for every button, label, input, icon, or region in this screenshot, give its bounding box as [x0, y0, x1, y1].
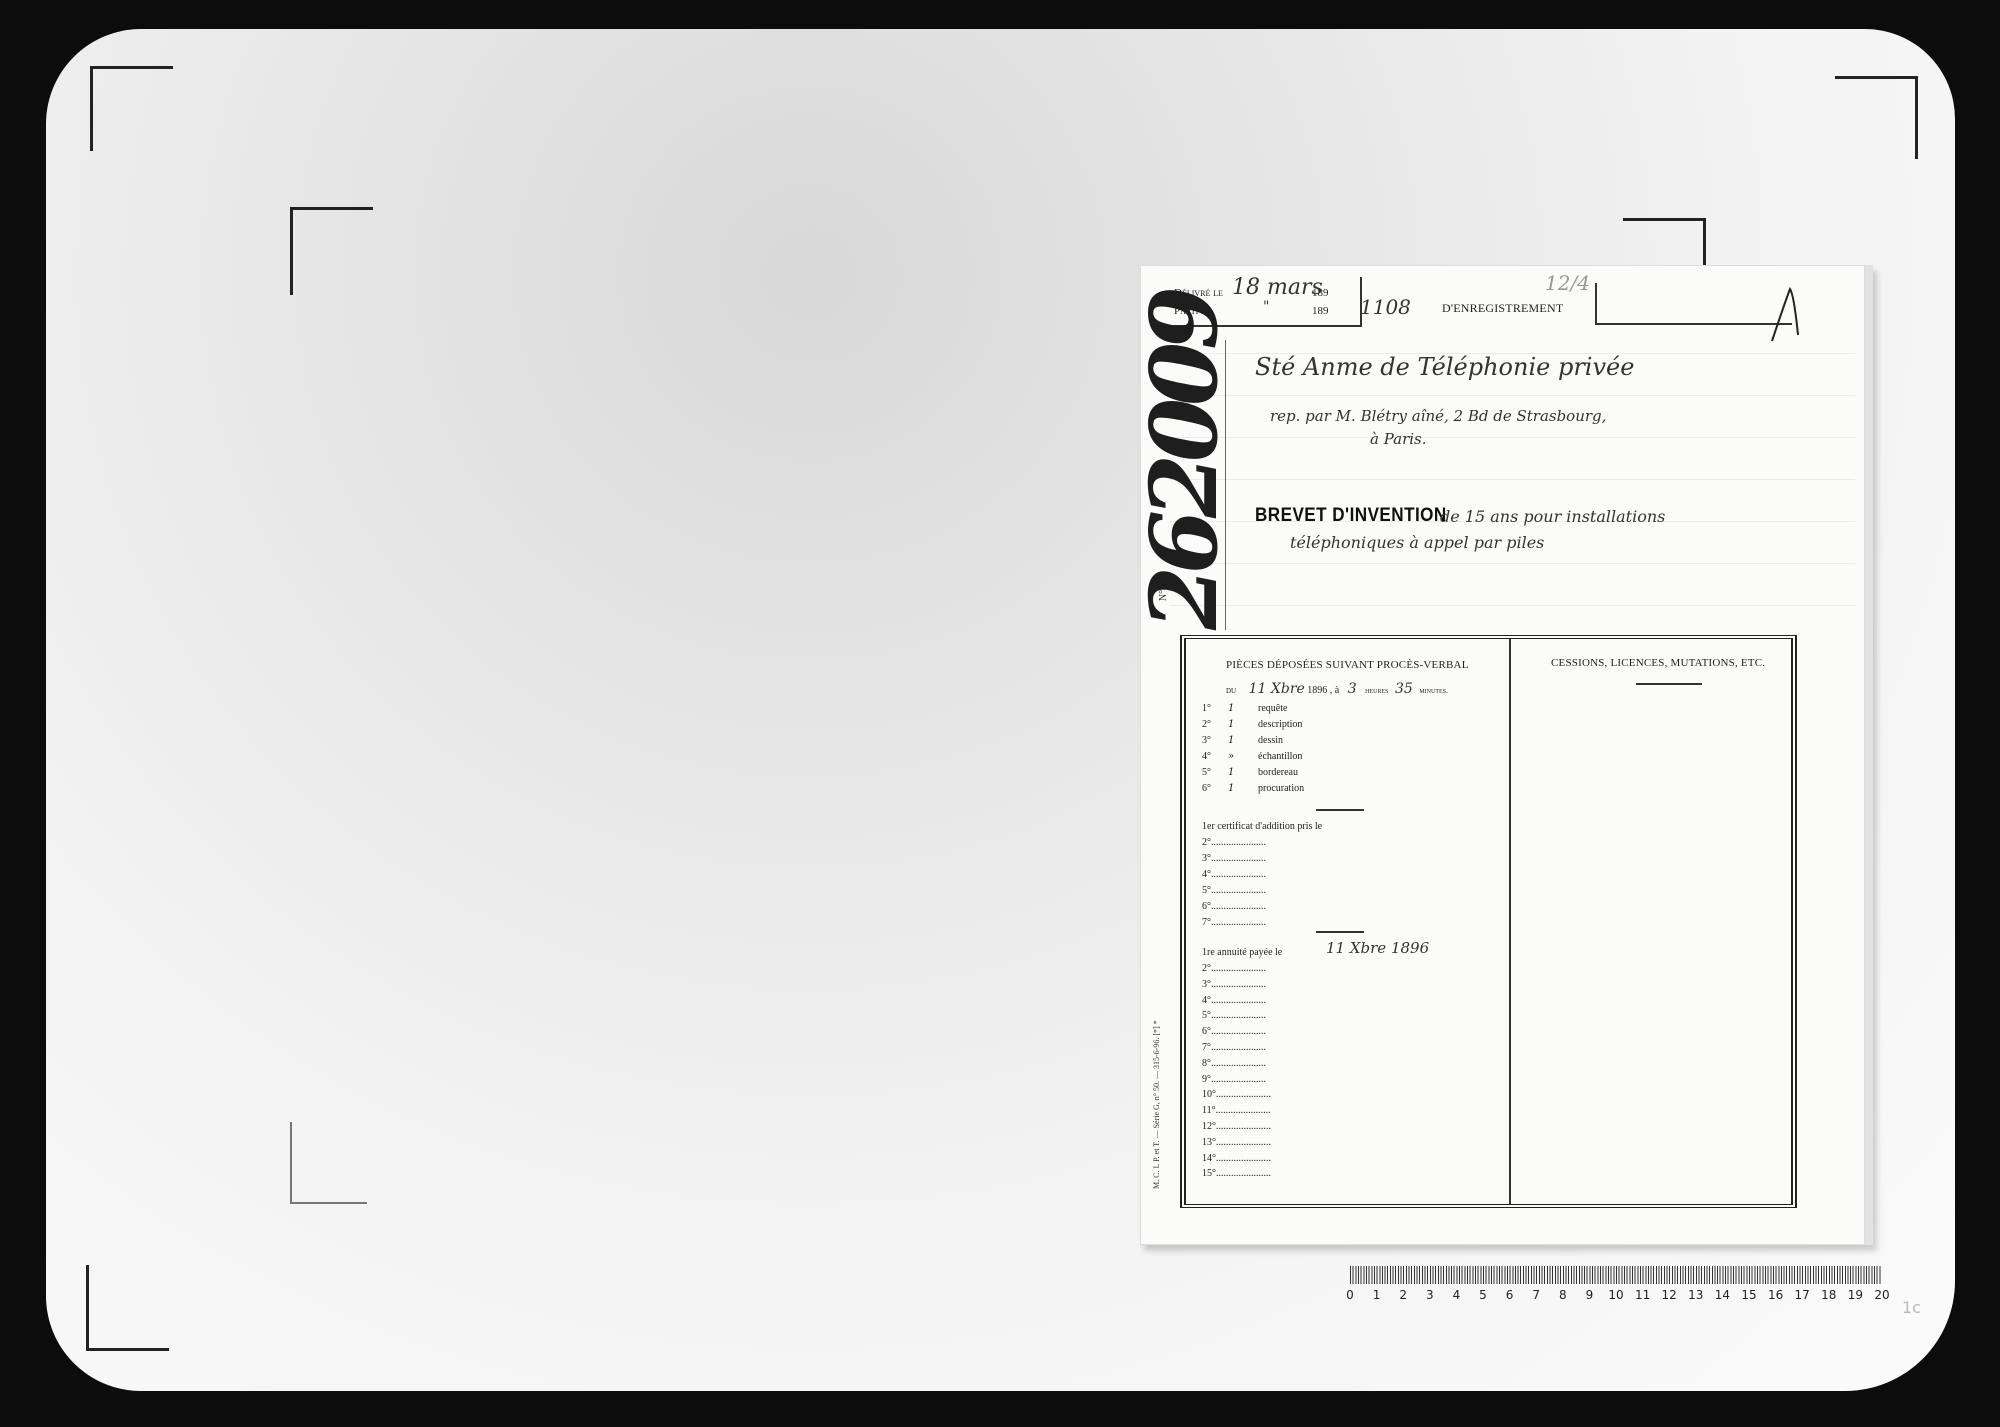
ruler-label: 1 — [1373, 1288, 1381, 1302]
pencil-stroke-mark — [1770, 285, 1810, 345]
piece-label: échantillon — [1258, 751, 1302, 762]
annuity-row: 7°...................... — [1202, 1042, 1266, 1053]
ruler-label: 19 — [1848, 1288, 1863, 1302]
title-handwritten-2: téléphoniques à appel par piles — [1290, 533, 1544, 552]
piece-count: 1 — [1228, 719, 1258, 730]
piece-count: 1 — [1228, 703, 1258, 714]
scan-tag: 1c — [1902, 1298, 1921, 1317]
annuity-row: 2°...................... — [1202, 963, 1266, 974]
certificate-row: 4°...................... — [1202, 869, 1266, 880]
annuity-first-value: 11 Xbre 1896 — [1326, 939, 1429, 957]
departed-year: 189 — [1312, 305, 1329, 317]
piece-number: 3° — [1202, 735, 1228, 746]
departed-value: " — [1263, 299, 1269, 315]
registration-box — [1595, 283, 1792, 325]
piece-count: 1 — [1228, 735, 1258, 746]
separator — [1636, 683, 1702, 685]
ruler-label: 6 — [1506, 1288, 1514, 1302]
piece-row: 3°1dessin — [1202, 735, 1283, 746]
separator — [1316, 931, 1364, 933]
patent-record-page: Délivré le 18 mars 189 Parti le " 189 11… — [1140, 265, 1873, 1245]
title-handwritten-1: de 15 ans pour installations — [1440, 507, 1665, 526]
record-table: M. C. I. P. et T. — Série G, n° 50. — 31… — [1180, 635, 1797, 1208]
ruler-label: 18 — [1821, 1288, 1836, 1302]
annuity-row: 9°...................... — [1202, 1074, 1266, 1085]
certificate-row: 3°...................... — [1202, 853, 1266, 864]
piece-row: 4°»échantillon — [1202, 751, 1302, 762]
certificate-row: 5°...................... — [1202, 885, 1266, 896]
certificate-row: 7°...................... — [1202, 917, 1266, 928]
ruler-ticks — [1350, 1266, 1882, 1284]
annuity-row: 6°...................... — [1202, 1026, 1266, 1037]
annuity-row: 14°...................... — [1202, 1153, 1271, 1164]
piece-count: 1 — [1228, 783, 1258, 794]
piece-count: 1 — [1228, 767, 1258, 778]
crop-mark-top-left-inner — [290, 207, 373, 295]
pencil-note: 12/4 — [1545, 271, 1590, 295]
certificate-row: 6°...................... — [1202, 901, 1266, 912]
deposit-minutes: 35 — [1395, 681, 1413, 697]
piece-row: 1°1requête — [1202, 703, 1287, 714]
certificate-first: 1er certificat d'addition pris le — [1202, 821, 1322, 832]
registration-label: D'ENREGISTREMENT — [1442, 301, 1563, 316]
piece-row: 6°1procuration — [1202, 783, 1304, 794]
annuity-row: 11°...................... — [1202, 1105, 1271, 1116]
piece-count: » — [1228, 751, 1258, 762]
measurement-ruler: 01234567891011121314151617181920 — [1350, 1266, 1890, 1308]
annuity-first: 1re annuité payée le — [1202, 947, 1282, 958]
annuity-row: 8°...................... — [1202, 1058, 1266, 1069]
deposit-hour: 3 — [1348, 681, 1357, 697]
piece-label: description — [1258, 719, 1302, 730]
applicant-line-2: rep. par M. Blétry aîné, 2 Bd de Strasbo… — [1270, 407, 1606, 425]
hours-label: heures — [1365, 686, 1388, 695]
ruler-label: 5 — [1479, 1288, 1487, 1302]
ruler-label: 17 — [1795, 1288, 1810, 1302]
ruler-label: 3 — [1426, 1288, 1434, 1302]
applicant-line-3: à Paris. — [1370, 430, 1427, 448]
column-divider — [1509, 639, 1511, 1204]
registration-number: 1108 — [1360, 295, 1411, 319]
cessions-heading: CESSIONS, LICENCES, MUTATIONS, ETC. — [1551, 657, 1765, 669]
pieces-heading: PIÈCES DÉPOSÉES SUIVANT PROCÈS-VERBAL — [1226, 659, 1469, 671]
deposit-prefix: du — [1226, 685, 1236, 696]
document-title: BREVET D'INVENTION — [1255, 505, 1447, 527]
ruler-label: 13 — [1688, 1288, 1703, 1302]
ruler-label: 12 — [1662, 1288, 1677, 1302]
patent-number: 262009 — [1130, 294, 1238, 630]
ruler-label: 0 — [1346, 1288, 1354, 1302]
deposit-date: 11 Xbre — [1249, 681, 1305, 697]
separator — [1316, 809, 1364, 811]
delivered-value: 18 mars — [1232, 275, 1323, 300]
annuity-row: 4°...................... — [1202, 995, 1266, 1006]
piece-label: requête — [1258, 703, 1287, 714]
annuity-row: 3°...................... — [1202, 979, 1266, 990]
piece-number: 6° — [1202, 783, 1228, 794]
piece-number: 2° — [1202, 719, 1228, 730]
ruler-label: 11 — [1635, 1288, 1650, 1302]
ruler-label: 8 — [1559, 1288, 1567, 1302]
ruler-label: 10 — [1608, 1288, 1623, 1302]
ruler-label: 9 — [1586, 1288, 1594, 1302]
delivered-year: 189 — [1312, 287, 1329, 299]
printer-imprint: M. C. I. P. et T. — Série G, n° 50. — 31… — [1152, 1020, 1161, 1189]
patent-number-prefix: N° — [1158, 590, 1169, 601]
annuity-row: 12°...................... — [1202, 1121, 1271, 1132]
crop-mark-bottom-left-outer — [86, 1265, 169, 1351]
annuity-row: 5°...................... — [1202, 1010, 1266, 1021]
crop-mark-top-right-inner — [1623, 218, 1706, 266]
ruler-label: 20 — [1874, 1288, 1889, 1302]
deposit-year: 1896 — [1307, 685, 1327, 696]
piece-row: 2°1description — [1202, 719, 1302, 730]
ruler-label: 7 — [1532, 1288, 1540, 1302]
crop-mark-top-left-outer — [90, 66, 173, 151]
annuity-row: 13°...................... — [1202, 1137, 1271, 1148]
ruler-label: 2 — [1399, 1288, 1407, 1302]
piece-number: 1° — [1202, 703, 1228, 714]
crop-mark-bottom-left-inner — [290, 1122, 367, 1204]
piece-label: dessin — [1258, 735, 1283, 746]
piece-row: 5°1bordereau — [1202, 767, 1298, 778]
piece-number: 4° — [1202, 751, 1228, 762]
annuity-row: 10°...................... — [1202, 1089, 1271, 1100]
applicant-line-1: Sté Anme de Téléphonie privée — [1255, 353, 1634, 381]
certificate-row: 2°...................... — [1202, 837, 1266, 848]
ruler-label: 16 — [1768, 1288, 1783, 1302]
annuity-row: 15°...................... — [1202, 1168, 1271, 1179]
deposit-line: du 11 Xbre 1896 , à 3 heures 35 minutes. — [1226, 681, 1448, 697]
minutes-label: minutes. — [1419, 686, 1448, 695]
ruler-label: 4 — [1453, 1288, 1461, 1302]
ruler-label: 15 — [1741, 1288, 1756, 1302]
piece-label: procuration — [1258, 783, 1304, 794]
ruler-label: 14 — [1715, 1288, 1730, 1302]
piece-number: 5° — [1202, 767, 1228, 778]
crop-mark-top-right-outer — [1835, 76, 1918, 159]
deposit-at: , à — [1330, 685, 1339, 696]
piece-label: bordereau — [1258, 767, 1298, 778]
